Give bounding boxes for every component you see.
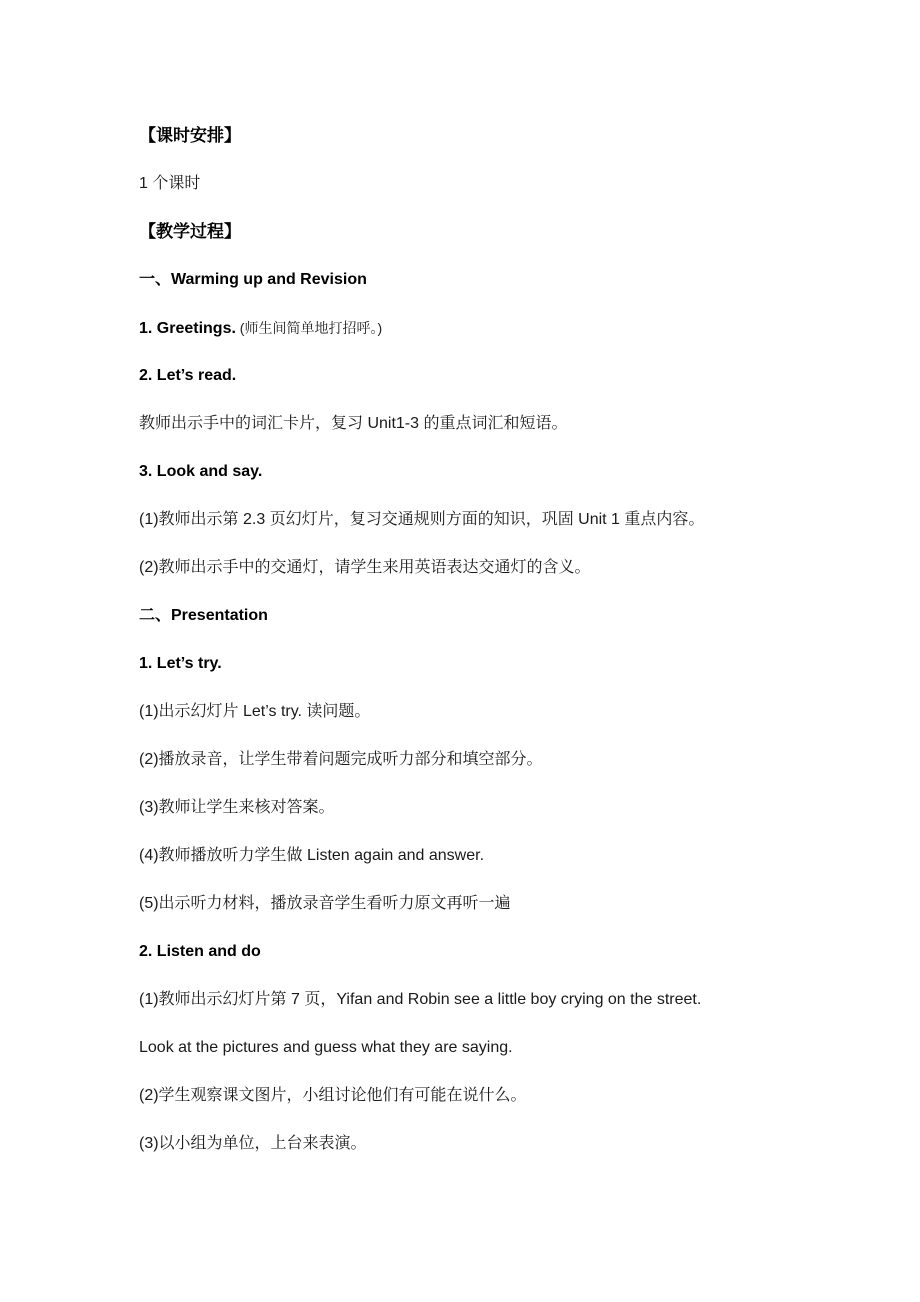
paragraph-listen-do-1-cont: Look at the pictures and guess what they… (139, 1038, 513, 1058)
paragraph-lets-try-2: (2)播放录音，让学生带着问题完成听力部分和填空部分。 (139, 750, 543, 770)
paragraph-vocab-cards: 教师出示手中的词汇卡片，复习 Unit1-3 的重点词汇和短语。 (139, 414, 567, 434)
heading-lesson-schedule: 【课时安排】 (139, 126, 241, 146)
paragraph-look-say-1: (1)教师出示第 2.3 页幻灯片，复习交通规则方面的知识，巩固 Unit 1 … (139, 510, 704, 530)
paragraph-lets-try-3: (3)教师让学生来核对答案。 (139, 798, 335, 818)
item-look-and-say: 3. Look and say. (139, 462, 262, 482)
paragraph-listen-do-3: (3)以小组为单位，上台来表演。 (139, 1134, 367, 1154)
item-greetings: 1. Greetings. (师生间简单地打招呼。) (139, 318, 382, 339)
paragraph-lets-try-4: (4)教师播放听力学生做 Listen again and answer. (139, 846, 484, 866)
paragraph-lets-try-5: (5)出示听力材料，播放录音学生看听力原文再听一遍 (139, 894, 511, 914)
item-listen-and-do: 2. Listen and do (139, 942, 261, 962)
section-presentation: 二、Presentation (139, 606, 268, 626)
paragraph-listen-do-1: (1)教师出示幻灯片第 7 页，Yifan and Robin see a li… (139, 990, 701, 1010)
lesson-count: 1 个课时 (139, 174, 200, 194)
document-page: 【课时安排】 1 个课时 【教学过程】 一、Warming up and Rev… (0, 0, 920, 1302)
paragraph-listen-do-2: (2)学生观察课文图片，小组讨论他们有可能在说什么。 (139, 1086, 527, 1106)
item-lets-try: 1. Let’s try. (139, 654, 222, 674)
item-lets-read: 2. Let’s read. (139, 366, 236, 386)
paragraph-look-say-2: (2)教师出示手中的交通灯，请学生来用英语表达交通灯的含义。 (139, 558, 591, 578)
item-greetings-title: 1. Greetings. (139, 320, 236, 337)
section-warming-up: 一、Warming up and Revision (139, 270, 367, 290)
paragraph-lets-try-1: (1)出示幻灯片 Let’s try. 读问题。 (139, 702, 370, 722)
heading-teaching-process: 【教学过程】 (139, 222, 241, 242)
item-greetings-note: (师生间简单地打招呼。) (236, 320, 382, 336)
